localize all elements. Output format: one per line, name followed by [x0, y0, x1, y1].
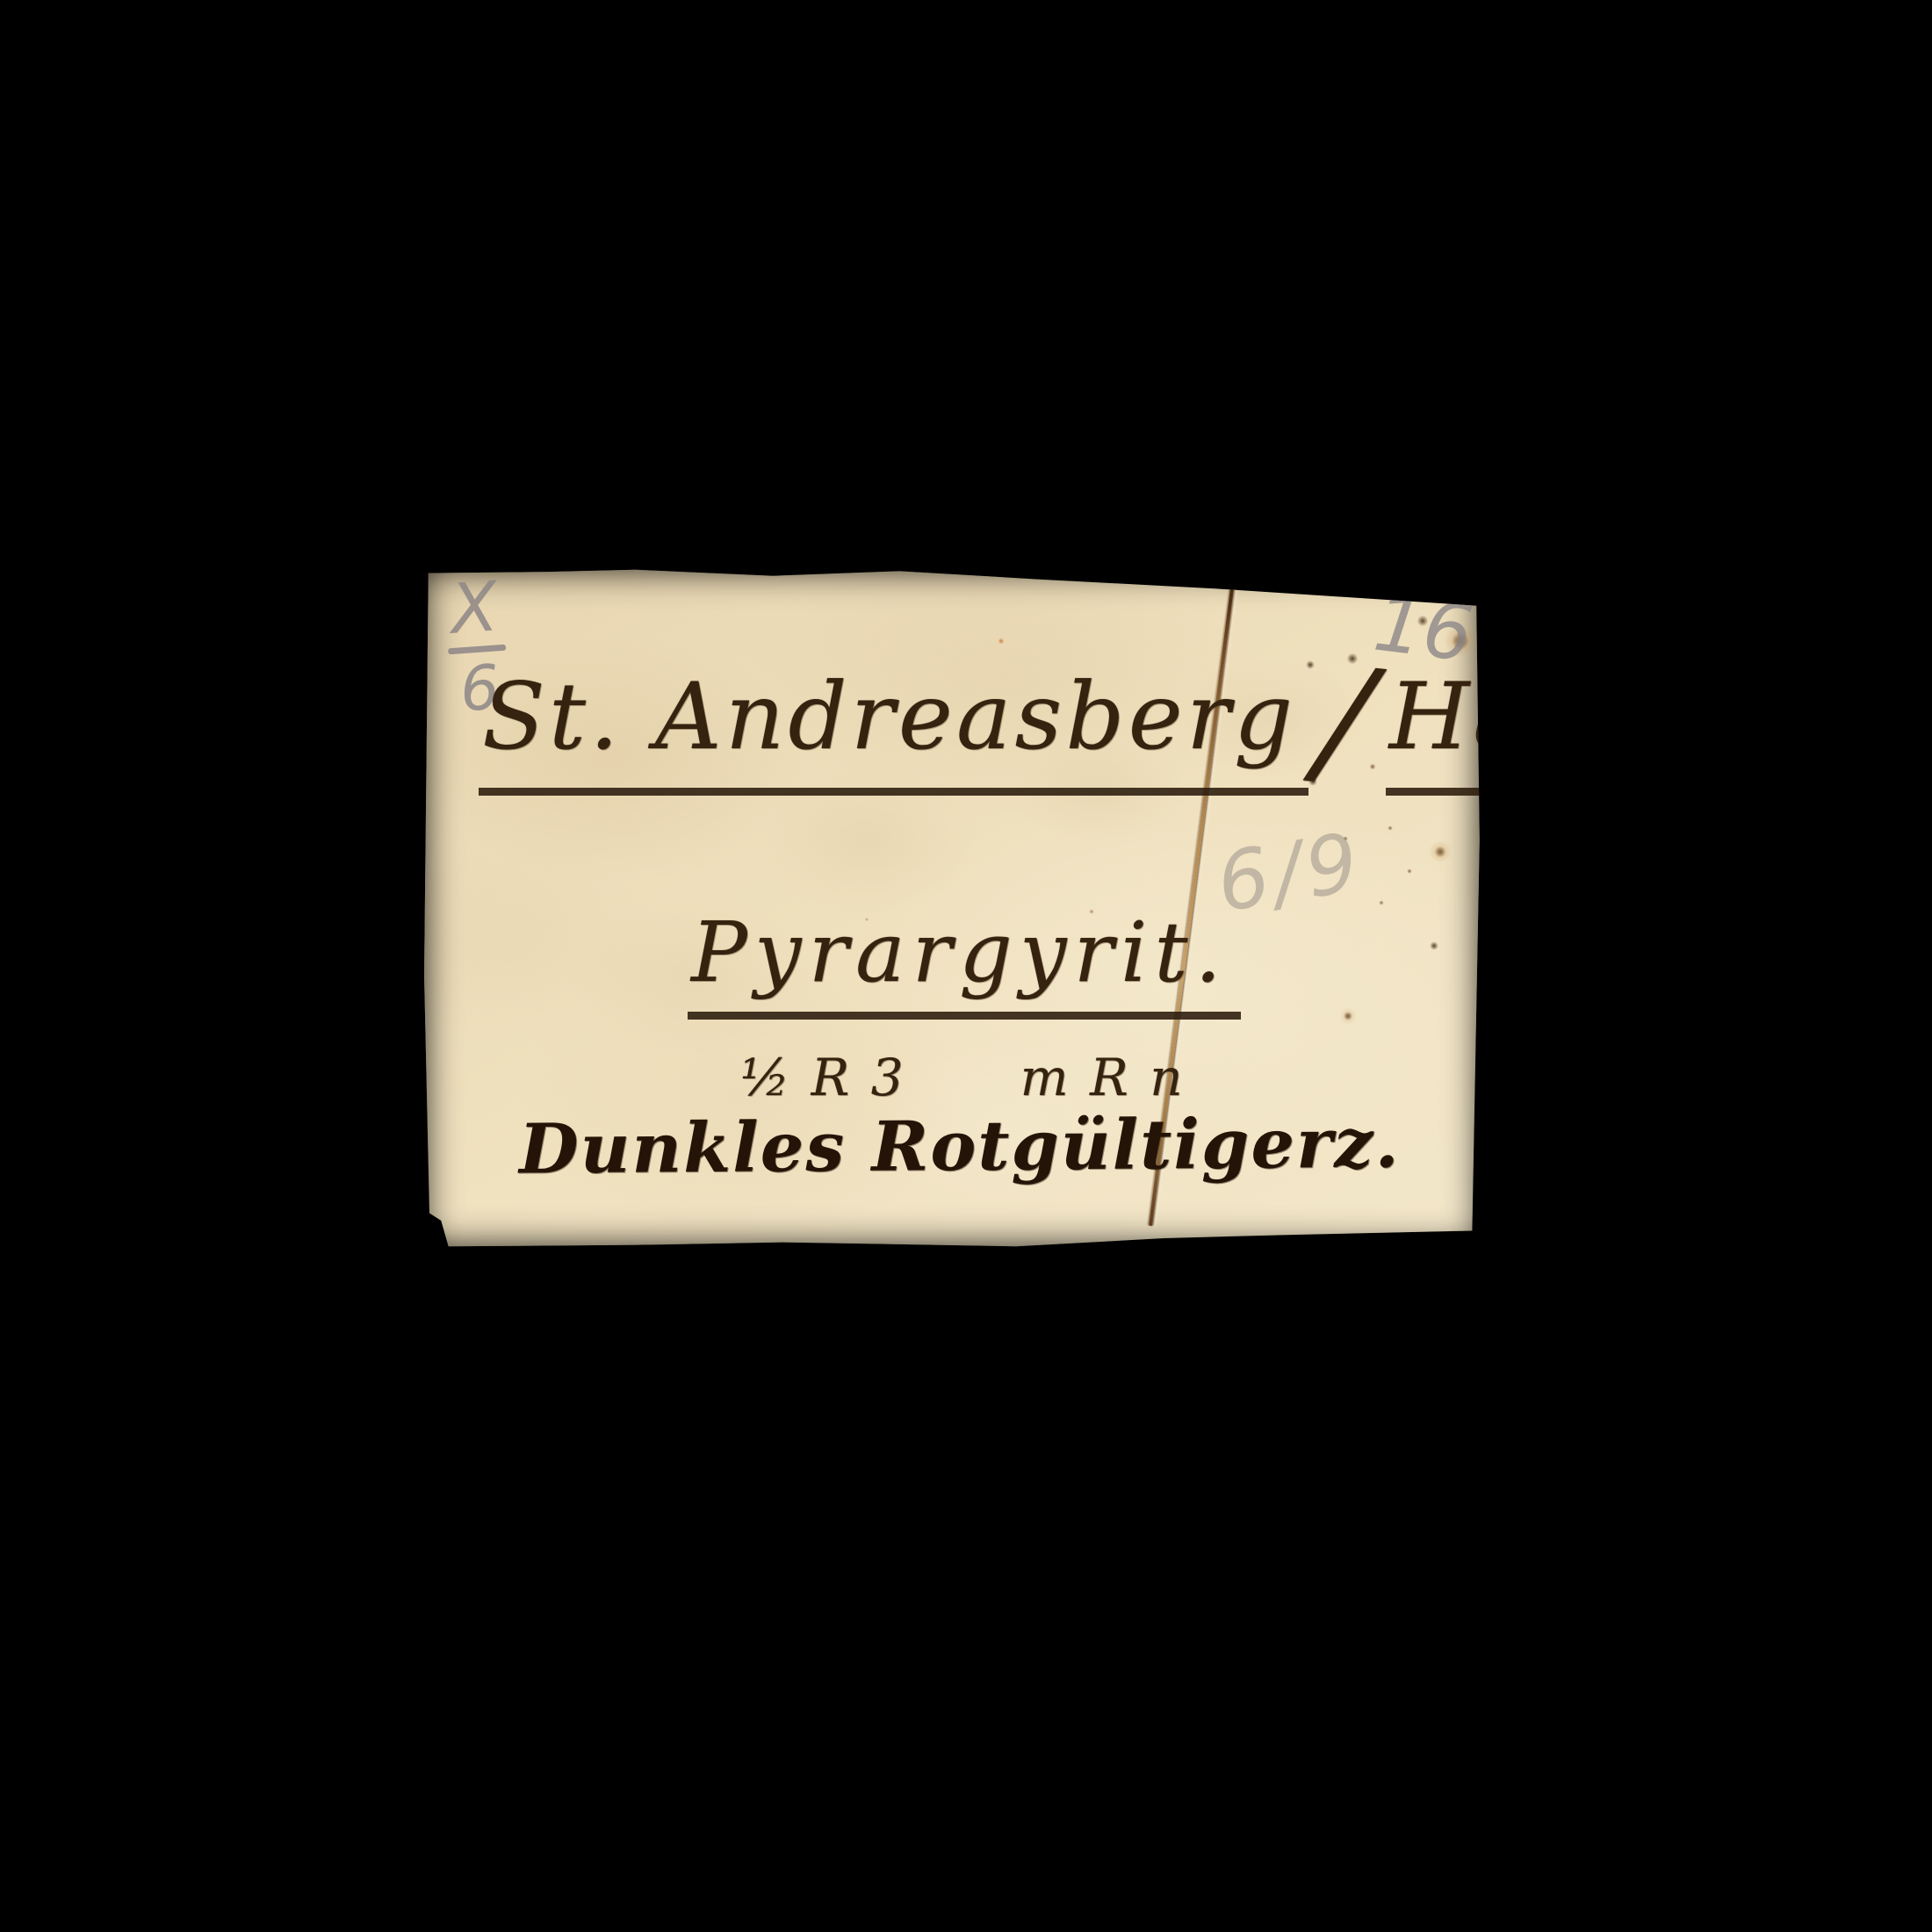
specimen-label: X 6 16 St. Andreasberg / Harz. 6/9 Pyrar…	[424, 569, 1481, 1247]
mineral-name-line: Pyrargyrit.	[688, 901, 1241, 1006]
crystallography-left: ½ R 3	[740, 1048, 906, 1107]
crystallography-right: m R n	[1020, 1048, 1186, 1107]
locality-place: St. Andreasberg	[479, 657, 1308, 796]
crystallography-line: ½ R 3 m R n	[740, 1048, 1186, 1107]
pencil-fraction-numerator: X	[429, 573, 518, 645]
description-line: Dunkles Rotgültigerz.	[519, 1103, 1401, 1189]
locality-separator: /	[1321, 718, 1373, 724]
mineral-name: Pyrargyrit.	[688, 905, 1241, 1020]
locality-region: Harz.	[1386, 657, 1676, 796]
photo-background: X 6 16 St. Andreasberg / Harz. 6/9 Pyrar…	[0, 0, 1932, 1932]
locality-line: St. Andreasberg / Harz.	[479, 657, 1676, 796]
